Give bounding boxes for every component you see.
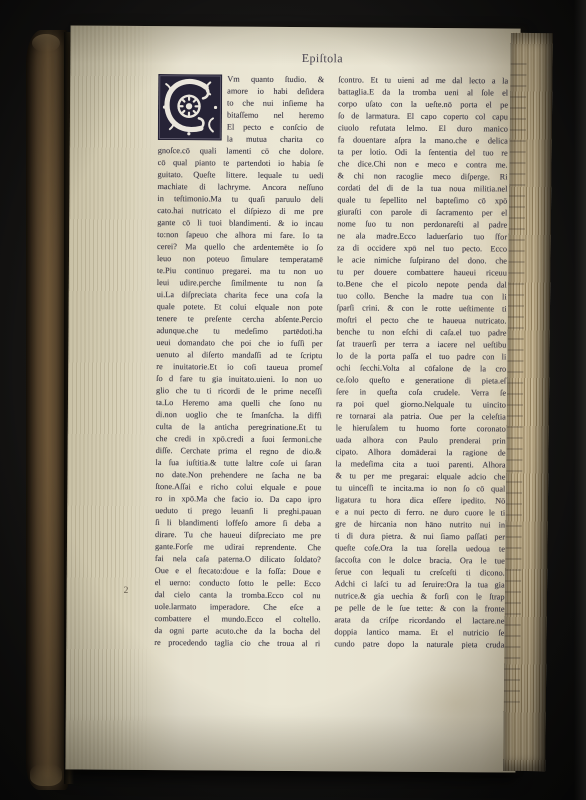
paper-stain [396, 668, 516, 739]
text-line: to:non ſapeuo che alhora mi fare. Io ta [157, 229, 323, 242]
text-line: te.Piu continuo pregarei. ma tu non uo [157, 265, 323, 278]
column-right: ſcontro. Et tu uieni ad me dal lecto a l… [334, 74, 508, 651]
text-line: leui udire.perche ſimilmente tu non ſa [157, 277, 323, 290]
text-line: leuo non poteuo ſimulare temperatamē [157, 253, 323, 266]
text-line: quale potete. Et colui elquale non pote [157, 301, 323, 314]
photo-right-edge [574, 0, 586, 800]
book-page: Epiſtola [65, 25, 520, 772]
text-block: Vm quanto ſtudio. &amore io habi deſider… [154, 73, 508, 651]
column-right-lines: ſcontro. Et tu uieni ad me dal lecto a l… [334, 74, 508, 651]
book-photograph: Epiſtola [0, 0, 586, 800]
book-spine-leather [26, 30, 68, 790]
text-line: cato.hai nutricato el diſpiezo di me pre [157, 205, 323, 218]
text-line: tenere te preſente cercha abſente.Percio [157, 313, 323, 326]
text-line: cundo patre dopo la naturale pieta cruda [334, 638, 504, 651]
text-line: re procedendo taglia cio che troua al ri [154, 637, 320, 650]
text-line: gante cō li tuoi blandimenti. & io incau [157, 217, 323, 230]
text-line: cerei? Ma quello che ardentemēte io ſo [157, 241, 323, 254]
running-title: Epiſtola [150, 50, 494, 67]
column-left: Vm quanto ſtudio. &amore io habi deſider… [154, 73, 324, 650]
text-line: in teſtimonio.Ma tu quaſi paruulo deli [157, 193, 323, 206]
woodcut-initial-C [158, 74, 222, 144]
text-line: ui.La diſpreciata charita fece una coſa … [157, 289, 323, 302]
text-line: cō qual pianto te partendoti io habia ſe [158, 157, 324, 170]
fore-edge-page-stack [503, 33, 553, 771]
text-line: machiate di lachryme. Ancora neſſuno [157, 181, 323, 194]
column-left-lines: Vm quanto ſtudio. &amore io habi deſider… [154, 73, 324, 650]
gutter-page-edges [65, 25, 156, 770]
text-line: guitato. Queſte littere. lequale tu uedi [158, 169, 324, 182]
folio-number: 2 [124, 586, 129, 596]
text-line: adunque.che tu medeſimo partēdoti.ha [156, 325, 322, 338]
